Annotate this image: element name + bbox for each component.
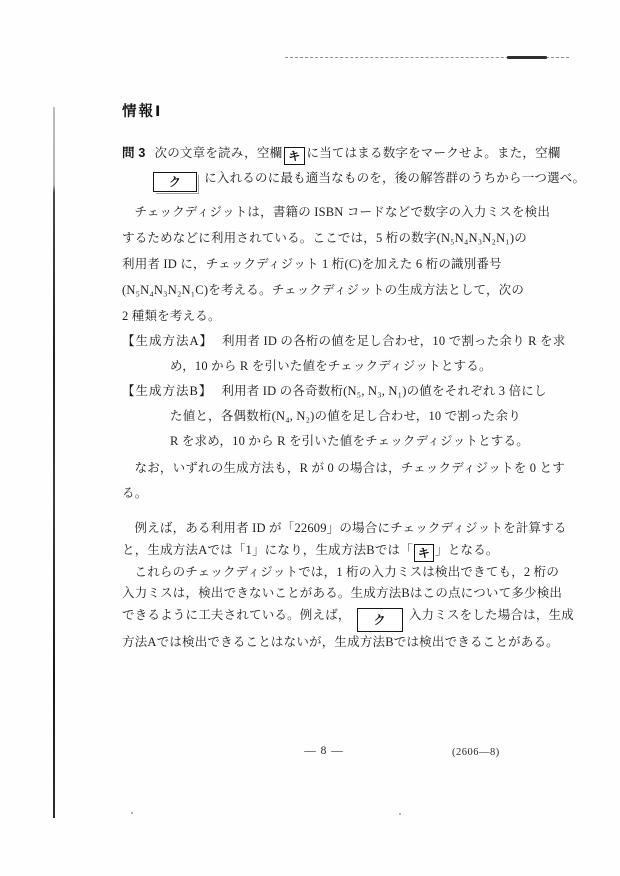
text-line: (N₅N₄N₃N₂N₁C)を考える。チェックディジットの生成方法として，次の <box>122 277 526 303</box>
example-text-pre-ki: と，生成方法Aでは「1」になり，生成方法Bでは「 <box>122 543 413 557</box>
example-text-post-ku: 入力ミスをした場合は，生成 <box>409 608 574 622</box>
text-line: 方法Aでは検出できることはないが，生成方法Bでは検出できることがある。 <box>122 632 526 654</box>
text-line: これらのチェックディジットでは，1 桁の入力ミスは検出できても，2 桁の <box>122 562 526 584</box>
text-line: 入力ミスは，検出できないことがある。生成方法Bはこの点について多少検出 <box>122 583 526 605</box>
text-line: る。 <box>122 481 526 506</box>
method-a-label: 【生成方法A】 <box>122 334 213 348</box>
blank-box-ki-example: キ <box>414 544 434 562</box>
note-paragraph: なお，いずれの生成方法も，R が 0 の場合は，チェックディジットを 0 とす … <box>122 456 526 506</box>
blank-ku-label: ク <box>169 175 181 189</box>
example-line-with-ku-box: できるように工夫されている。例えば，ク入力ミスをした場合は，生成 <box>122 605 526 632</box>
blank-box-ku-example: ク <box>357 608 403 632</box>
booklet-code: (2606—8) <box>452 747 500 758</box>
question-text-pre-ki: 次の文章を読み，空欄 <box>155 146 283 160</box>
generation-methods: 【生成方法A】利用者 ID の各桁の値を足し合わせ，10 で割った余り R を求… <box>122 329 526 454</box>
text-line: 利用者 ID に，チェックディジット 1 桁(C)を加えた 6 桁の識別番号 <box>122 251 526 277</box>
text-line: するためなどに利用されている。ここでは，5 桁の数字(N₅N₄N₃N₂N₁)の <box>122 225 526 251</box>
question-text-post-ku: に入れるのに最も適当なものを，後の解答群のうちから一つ選べ。 <box>204 171 585 185</box>
scan-speck <box>131 812 133 814</box>
method-a-line-2: め，10 から R を引いた値をチェックディジットとする。 <box>122 354 526 379</box>
intro-paragraph: チェックディジットは，書籍の ISBN コードなどで数字の入力ミスを検出 するた… <box>122 199 526 329</box>
blank-box-ku: ク <box>153 172 197 192</box>
blank-ki-label: キ <box>288 149 300 163</box>
example-text-post-ki: 」となる。 <box>435 543 499 557</box>
example-text-pre-ku: できるように工夫されている。例えば， <box>122 608 351 622</box>
blank-box-ki: キ <box>284 147 304 165</box>
question-line-1: 問 3次の文章を読み，空欄キに当てはまる数字をマークせよ。また，空欄 <box>122 141 526 166</box>
scan-artifact-left-edge-line <box>53 107 55 818</box>
method-b-line-2: た値と，各偶数桁(N₄, N₂)の値を足し合わせ，10 で割った余り <box>122 404 526 429</box>
text-line: チェックディジットは，書籍の ISBN コードなどで数字の入力ミスを検出 <box>122 199 526 225</box>
question-number: 問 3 <box>122 146 146 160</box>
method-a-line-1: 【生成方法A】利用者 ID の各桁の値を足し合わせ，10 で割った余り R を求 <box>122 329 526 354</box>
text-line: なお，いずれの生成方法も，R が 0 の場合は，チェックディジットを 0 とす <box>122 456 526 481</box>
method-b-line-3: R を求め，10 から R を引いた値をチェックディジットとする。 <box>122 429 526 454</box>
blank-ki-label: キ <box>418 546 430 560</box>
method-b-label: 【生成方法B】 <box>122 384 212 398</box>
scanned-exam-page: 情報Ⅰ 問 3次の文章を読み，空欄キに当てはまる数字をマークせよ。また，空欄 ク… <box>0 0 620 876</box>
page-content: 情報Ⅰ 問 3次の文章を読み，空欄キに当てはまる数字をマークせよ。また，空欄 ク… <box>122 103 526 653</box>
example-line-with-ki-box: と，生成方法Aでは「1」になり，生成方法Bでは「キ」となる。 <box>122 540 526 562</box>
scan-speck <box>399 813 401 815</box>
question-statement: 問 3次の文章を読み，空欄キに当てはまる数字をマークせよ。また，空欄 クに入れる… <box>122 141 526 192</box>
method-a-text: 利用者 ID の各桁の値を足し合わせ，10 で割った余り R を求 <box>222 334 565 348</box>
blank-ku-label: ク <box>374 613 386 627</box>
method-b-text: 利用者 ID の各奇数桁(N₅, N₃, N₁)の値をそれぞれ 3 倍にし <box>221 384 546 398</box>
question-text-post-ki: に当てはまる数字をマークせよ。また，空欄 <box>307 146 561 160</box>
subject-title: 情報Ⅰ <box>122 103 526 121</box>
text-line: 2 種類を考える。 <box>122 303 526 329</box>
text-line: 例えば，ある利用者 ID が「22609」の場合にチェックディジットを計算する <box>122 518 526 540</box>
scan-artifact-dark-segment <box>507 56 547 59</box>
question-line-2: クに入れるのに最も適当なものを，後の解答群のうちから一つ選べ。 <box>122 166 526 192</box>
example-paragraph: 例えば，ある利用者 ID が「22609」の場合にチェックディジットを計算する … <box>122 518 526 653</box>
method-b-line-1: 【生成方法B】利用者 ID の各奇数桁(N₅, N₃, N₁)の値をそれぞれ 3… <box>122 379 526 404</box>
